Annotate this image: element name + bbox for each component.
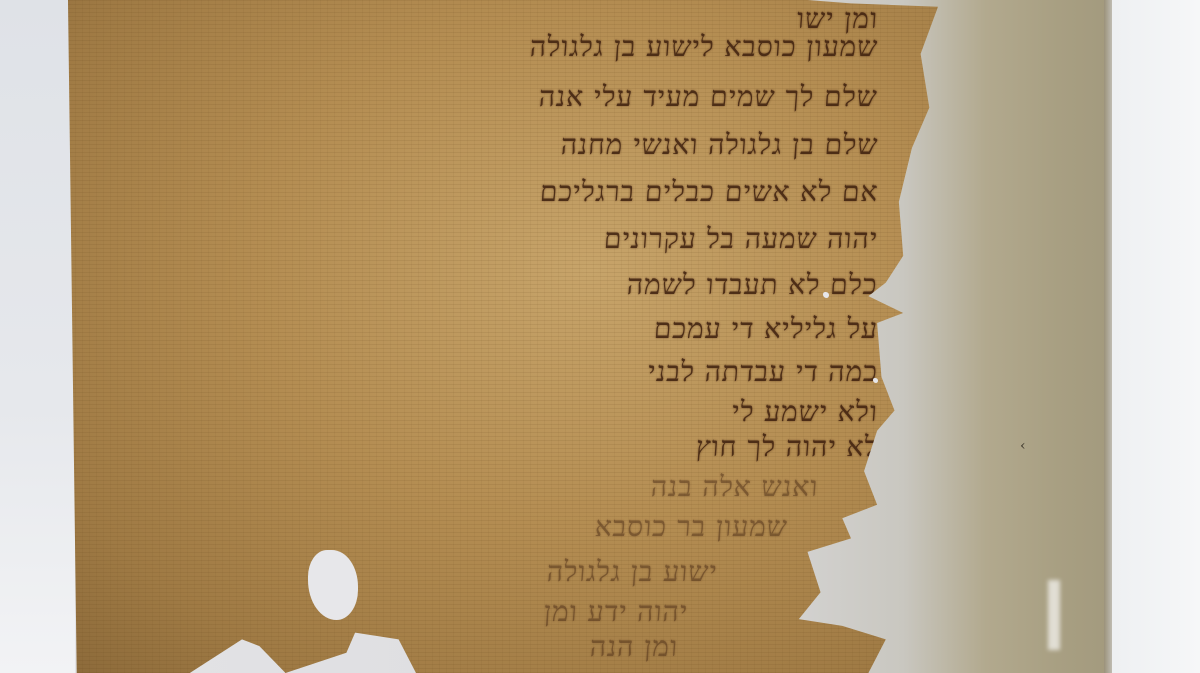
- manuscript-line: יהוה ידע ומן: [543, 595, 689, 629]
- manuscript-line: שלם לך שמים מעיד עלי אנה: [538, 80, 879, 114]
- papyrus-hole: [308, 550, 358, 620]
- manuscript-line: שמעון כוסבא לישוע בן גלגולה: [529, 30, 879, 64]
- photograph: ‹ ומן ישו שמעון כוסבא לישוע בן גלגולה של…: [0, 0, 1200, 673]
- manuscript-line: שמעון בר כוסבא: [594, 510, 789, 544]
- mount-mark: ‹: [1020, 438, 1026, 454]
- manuscript-line: ולא ישמע לי: [731, 395, 879, 429]
- display-background-left: [0, 0, 75, 673]
- manuscript-line: שלם בן גלגולה ואנשי מחנה: [560, 128, 880, 162]
- manuscript-line: על גליליא די עמכם: [653, 312, 879, 346]
- manuscript-line: ואנש אלה בנה: [649, 470, 819, 504]
- glass-glare: [1048, 580, 1060, 650]
- manuscript-line: ומן הנה: [589, 630, 680, 664]
- papyrus-fragment: ומן ישו שמעון כוסבא לישוע בן גלגולה שלם …: [68, 0, 938, 673]
- manuscript-line: ישוע בן גלגולה: [546, 555, 719, 589]
- manuscript-line: לא יהוה לך חוץ: [694, 430, 879, 464]
- papyrus-hole: [823, 292, 829, 298]
- manuscript-line: אם לא אשים כבלים ברגליכם: [538, 175, 879, 209]
- manuscript-line: יהוה שמעה בל עקרונים: [603, 222, 879, 256]
- manuscript-line: כמה די עבדתה לבני: [647, 355, 879, 389]
- manuscript-line: כלם לא תעבדו לשמה: [626, 268, 879, 302]
- display-background-right: [1112, 0, 1200, 673]
- papyrus-hole: [873, 378, 878, 383]
